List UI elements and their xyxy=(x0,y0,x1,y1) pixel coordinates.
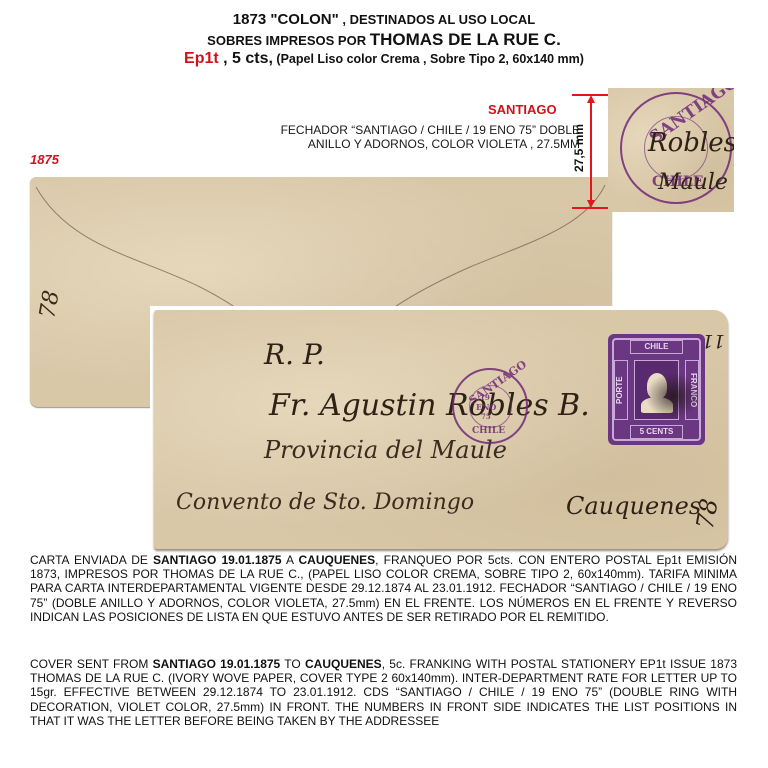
paper-description: (Papel Liso color Crema , Sobre Tipo 2, … xyxy=(273,52,584,66)
desc-en-text-2: TO xyxy=(280,657,305,671)
stamp-bottom-label: 5 CENTS xyxy=(630,425,683,439)
salutation: R. P. xyxy=(264,338,325,371)
postmark-description-line-2: ANILLO Y ADORNOS, COLOR VIOLETA , 27.5MM xyxy=(265,137,580,151)
postage-stamp: CHILE PORTE FRANCO 5 CENTS xyxy=(608,334,705,445)
arrow-down-icon xyxy=(587,200,595,208)
postmark-outer-ring: SANTIAGO 19 ENO 75 CHILE xyxy=(452,368,528,444)
dimension-line-vertical xyxy=(590,100,592,203)
desc-en-origin: SANTIAGO 19.01.1875 xyxy=(153,657,281,671)
envelope-front-image: R. P. Fr. Agustin Robles B. Provincia de… xyxy=(154,310,728,549)
postmark-description-line-1: FECHADOR “SANTIAGO / CHILE / 19 ENO 75” … xyxy=(265,123,580,137)
title-printer: THOMAS DE LA RUE C. xyxy=(370,30,561,49)
year-label: 1875 xyxy=(30,152,59,167)
addressee-province: Provincia del Maule xyxy=(264,436,507,464)
description-spanish: CARTA ENVIADA DE SANTIAGO 19.01.1875 A C… xyxy=(30,553,737,624)
postmark-city-label: SANTIAGO xyxy=(488,102,557,117)
desc-es-origin: SANTIAGO 19.01.1875 xyxy=(153,553,282,567)
back-list-number: 78 xyxy=(35,289,64,321)
postmark-month: ENO xyxy=(476,402,496,412)
description-english: COVER SENT FROM SANTIAGO 19.01.1875 TO C… xyxy=(30,657,737,728)
title-issue-name: 1873 "COLON" xyxy=(233,11,339,28)
desc-en-destination: CAUQUENES xyxy=(305,657,382,671)
title-line-3: Ep1t , 5 cts, (Papel Liso color Crema , … xyxy=(0,50,768,68)
addressee-name: Fr. Agustin Robles B. xyxy=(269,388,590,423)
arrow-up-icon xyxy=(587,95,595,103)
stamp-cancellation xyxy=(643,371,703,421)
stamp-left-label: PORTE xyxy=(614,360,628,420)
destination-city: Cauquenes xyxy=(566,492,701,520)
stamp-top-label: CHILE xyxy=(630,340,683,354)
envelope-front-frame: R. P. Fr. Agustin Robles B. Provincia de… xyxy=(150,306,728,548)
desc-es-destination: CAUQUENES xyxy=(298,553,375,567)
addressee-convent: Convento de Sto. Domingo xyxy=(176,490,474,515)
inset-handwriting-maule: Maule xyxy=(658,170,728,195)
desc-es-text-2: A xyxy=(282,553,299,567)
postmark-country: CHILE xyxy=(472,426,505,436)
stamp-portrait xyxy=(634,360,679,420)
face-value: , 5 cts, xyxy=(219,50,273,67)
inset-handwriting-robles: Robles xyxy=(648,128,734,158)
title-printed-by: SOBRES IMPRESOS POR xyxy=(207,33,370,48)
front-list-number: 78 xyxy=(691,497,724,532)
postmark-description: FECHADOR “SANTIAGO / CHILE / 19 ENO 75” … xyxy=(265,123,580,151)
postmark-detail-image: SANTIAGO CHILE Robles Maule xyxy=(608,88,734,212)
postmark-year: 75 xyxy=(481,412,491,421)
desc-es-text-1: CARTA ENVIADA DE xyxy=(30,553,153,567)
top-list-number: 11 xyxy=(702,330,725,351)
dimension-label: 27,5 mm xyxy=(572,124,586,172)
catalog-code: Ep1t xyxy=(184,50,219,67)
desc-en-text-1: COVER SENT FROM xyxy=(30,657,153,671)
title-line-2: SOBRES IMPRESOS POR THOMAS DE LA RUE C. xyxy=(0,30,768,50)
title-usage: , DESTINADOS AL USO LOCAL xyxy=(339,12,535,27)
postmark-day: 19 xyxy=(480,393,490,402)
title-line-1: 1873 "COLON" , DESTINADOS AL USO LOCAL xyxy=(0,11,768,28)
